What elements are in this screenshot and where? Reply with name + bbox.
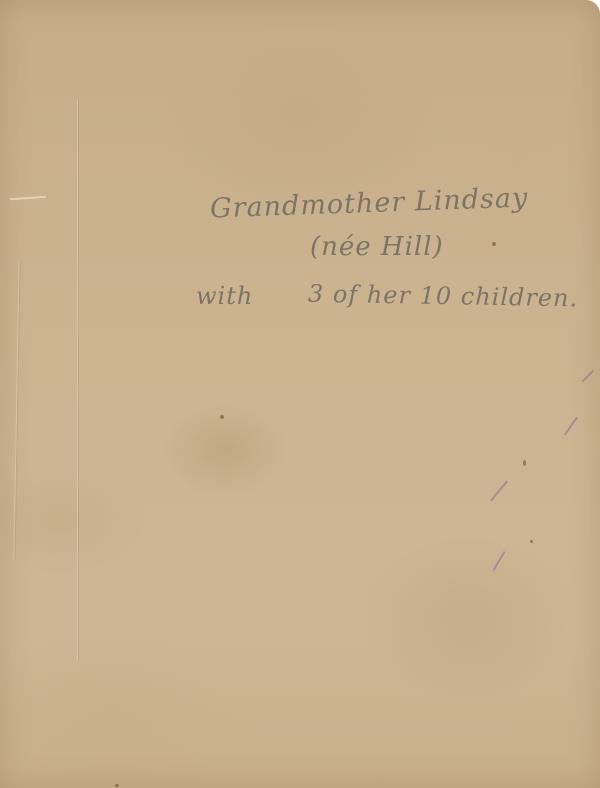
ink-stain: [582, 370, 595, 383]
paper-tear: [10, 196, 46, 201]
ink-stain: [564, 416, 578, 435]
foxing-spot: [523, 460, 526, 466]
ink-stain: [493, 551, 506, 571]
paper-crease: [13, 260, 19, 560]
paper-crease: [77, 100, 78, 660]
handwritten-caption-line-3-right: 3 of her 10 children.: [308, 280, 579, 313]
handwritten-caption-line-1: Grandmother Lindsay: [210, 182, 529, 224]
photo-back-card: Grandmother Lindsay (née Hill) with 3 of…: [0, 0, 600, 788]
handwritten-caption-line-2: (née Hill): [310, 232, 444, 262]
ink-stain: [490, 480, 508, 501]
foxing-spot: [530, 540, 533, 543]
handwritten-caption-line-3-left: with: [196, 282, 253, 310]
foxing-spot: [115, 784, 119, 787]
foxing-spot: [220, 415, 224, 419]
foxing-spot: [492, 242, 496, 246]
